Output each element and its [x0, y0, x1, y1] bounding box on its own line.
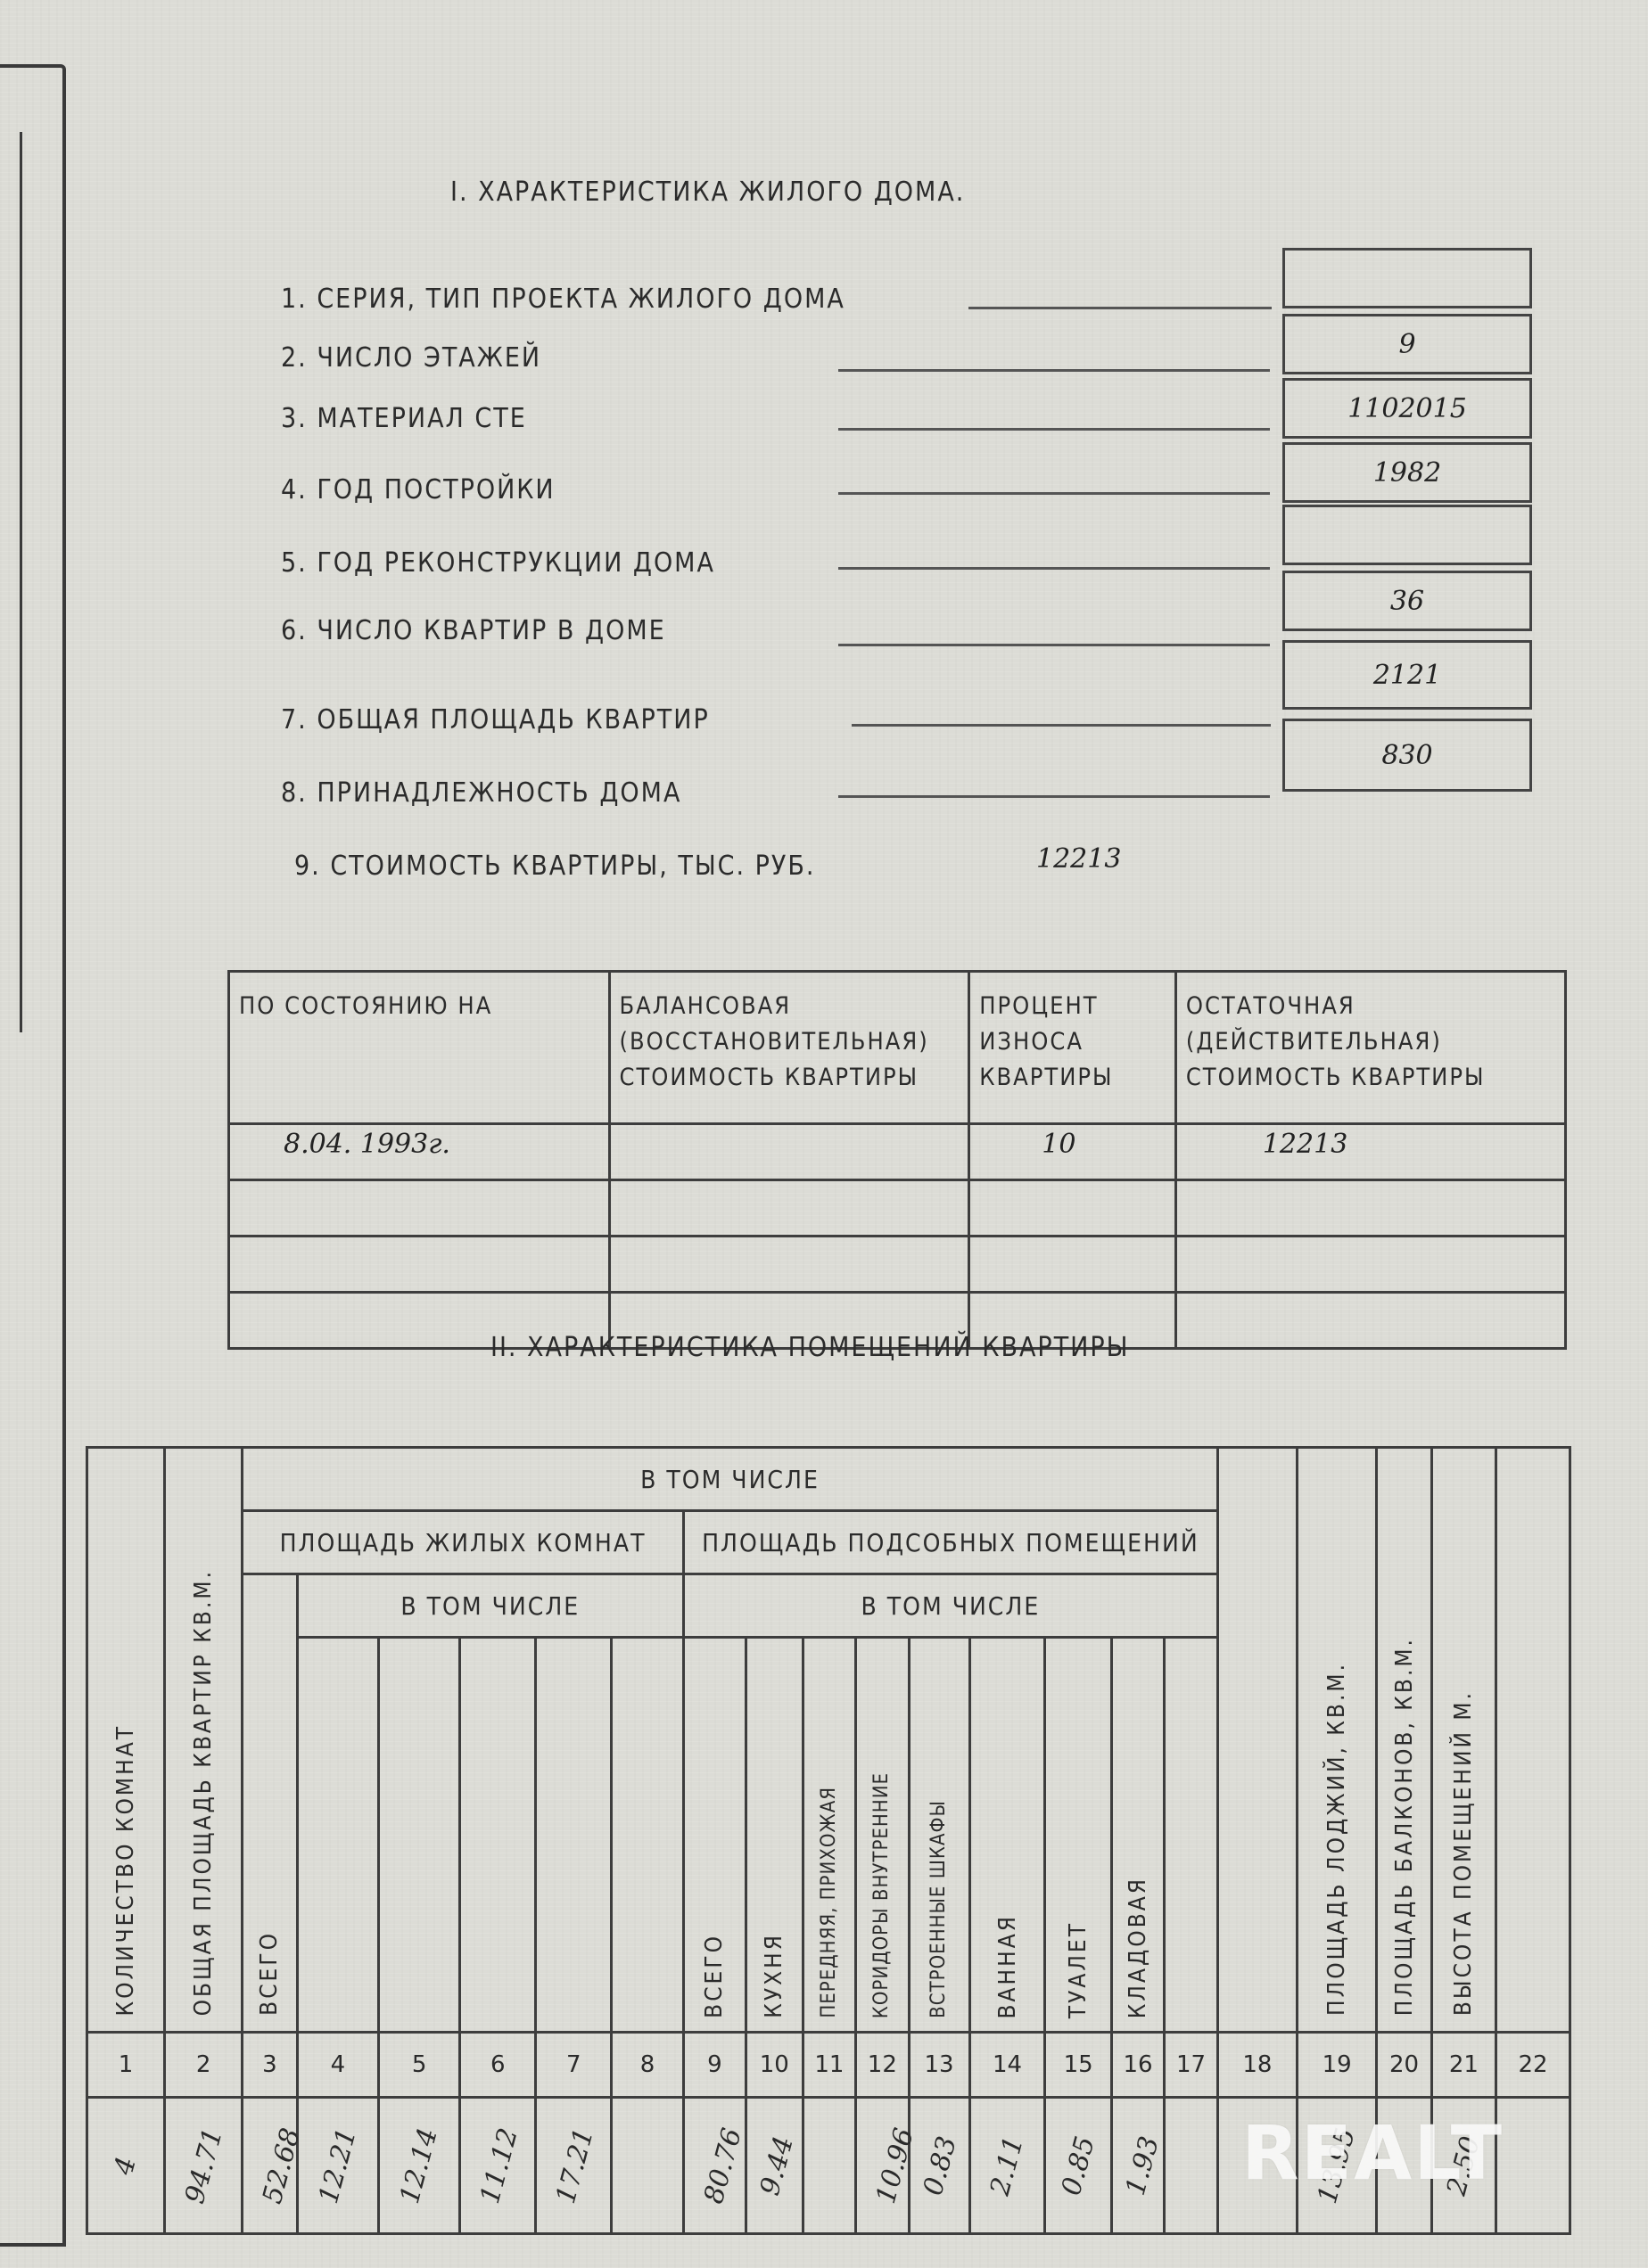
total-area-cell: 94.71: [165, 2098, 243, 2234]
col-2-header: Общая площадь квартир кв.м.: [165, 1448, 243, 2033]
apartment-cost-value: 12213: [1036, 843, 1121, 875]
empty-cell: [229, 1237, 610, 1293]
empty-cell: [969, 1180, 1176, 1237]
room-count-cell: 4: [87, 2098, 165, 2234]
room-5-cell: 12.14: [379, 2098, 460, 2234]
col-num: 3: [243, 2033, 298, 2098]
field-apartment-count: 6. Число квартир в доме: [281, 615, 666, 646]
empty-cell: [1175, 1237, 1565, 1293]
col-num: 18: [1217, 2033, 1297, 2098]
field-ownership: 8. Принадлежность дома: [281, 777, 681, 809]
col-17-cell: [1165, 2098, 1218, 2234]
empty-cell: [229, 1180, 610, 1237]
residual-cost-cell: 12213: [1175, 1124, 1565, 1180]
col-num: 20: [1377, 2033, 1432, 2098]
field-underline: [838, 492, 1270, 495]
col-10-header: Кухня: [746, 1638, 803, 2033]
aux-total-cell: 80.76: [683, 2098, 746, 2234]
bathroom-cell: 2.11: [969, 2098, 1045, 2234]
empty-cell: [1175, 1293, 1565, 1349]
value-box-build-year[interactable]: 1982: [1282, 442, 1532, 503]
group-header: В том числе: [243, 1448, 1218, 1511]
col-num: 17: [1165, 2033, 1218, 2098]
field-underline: [838, 369, 1270, 372]
field-underline: [838, 428, 1270, 431]
col-9-header: Всего: [683, 1638, 746, 2033]
col-num: 5: [379, 2033, 460, 2098]
col-num: 11: [803, 2033, 855, 2098]
margin-inner-line: [0, 132, 22, 1032]
section2-title: II. Характеристика помещений квартиры: [490, 1332, 1129, 1363]
value-box-total-area[interactable]: 2121: [1282, 640, 1532, 710]
corridors-cell: 10.96: [856, 2098, 909, 2234]
empty-cell: [609, 1180, 969, 1237]
aux-sub-header: В том числе: [683, 1574, 1217, 1638]
pantry-cell: 1.93: [1111, 2098, 1164, 2234]
col-15-header: Туалет: [1045, 1638, 1111, 2033]
value-box-reconstruction-year[interactable]: [1282, 505, 1532, 565]
value-box-series[interactable]: [1282, 248, 1532, 308]
toilet-cell: 0.85: [1045, 2098, 1111, 2234]
realt-watermark-logo: REALT: [1241, 2109, 1504, 2197]
empty-cell: [609, 1237, 969, 1293]
valuation-table: По состоянию на Балансовая (восстановите…: [227, 970, 1567, 1350]
col-num: 15: [1045, 2033, 1111, 2098]
table-row: [229, 1237, 1566, 1293]
balance-cost-cell: [609, 1124, 969, 1180]
col-num: 16: [1111, 2033, 1164, 2098]
kitchen-cell: 9.44: [746, 2098, 803, 2234]
col-12-header: Коридоры внутренние: [856, 1638, 909, 2033]
living-total-cell: 52.68: [243, 2098, 298, 2234]
empty-cell: [1175, 1180, 1565, 1237]
aux-area-header: Площадь подсобных помещений: [683, 1511, 1217, 1574]
col-num: 13: [909, 2033, 969, 2098]
header-residual-cost: Остаточная (действительная) стоимость кв…: [1175, 972, 1565, 1124]
field-build-year: 4. Год постройки: [281, 474, 556, 505]
col-20-header: Площадь балконов, кв.м.: [1377, 1448, 1432, 2033]
col-num: 2: [165, 2033, 243, 2098]
col-1-header: Количество комнат: [87, 1448, 165, 2033]
field-underline: [838, 567, 1270, 570]
col-11-header: Передняя, прихожая: [803, 1638, 855, 2033]
col-17-header: [1165, 1638, 1218, 2033]
col-3-header: Всего: [243, 1574, 298, 2033]
room-8-cell: [612, 2098, 684, 2234]
field-underline: [968, 307, 1272, 309]
col-7-header: [536, 1638, 612, 2033]
room-7-cell: 17.21: [536, 2098, 612, 2234]
col-num: 6: [460, 2033, 536, 2098]
column-number-row: 1 2 3 4 5 6 7 8 9 10 11 12 13 14 15 16 1…: [87, 2033, 1570, 2098]
value-box-floors[interactable]: 9: [1282, 314, 1532, 374]
field-total-area: 7. Общая площадь квартир: [281, 704, 710, 735]
field-apartment-cost: 9. Стоимость квартиры, тыс. руб.: [294, 850, 815, 882]
col-num: 12: [856, 2033, 909, 2098]
living-sub-header: В том числе: [297, 1574, 683, 1638]
empty-cell: [969, 1237, 1176, 1293]
header-balance-cost: Балансовая (восстановительная) стоимость…: [609, 972, 969, 1124]
col-18-header: [1217, 1448, 1297, 2033]
col-num: 21: [1431, 2033, 1496, 2098]
hallway-cell: [803, 2098, 855, 2234]
value-box-ownership[interactable]: 830: [1282, 719, 1532, 792]
field-underline: [838, 795, 1270, 798]
col-5-header: [379, 1638, 460, 2033]
value-box-wall-material[interactable]: 1102015: [1282, 378, 1532, 439]
table-row: [229, 1180, 1566, 1237]
valuation-header-row: По состоянию на Балансовая (восстановите…: [229, 972, 1566, 1124]
col-num: 10: [746, 2033, 803, 2098]
value-box-apartment-count[interactable]: 36: [1282, 571, 1532, 631]
col-num: 4: [297, 2033, 378, 2098]
col-22-cell: [1496, 2098, 1570, 2234]
closets-cell: 0.83: [909, 2098, 969, 2234]
col-19-header: Площадь лоджий, кв.м.: [1298, 1448, 1377, 2033]
col-num: 9: [683, 2033, 746, 2098]
col-22-header: [1496, 1448, 1570, 2033]
col-13-header: Встроенные шкафы: [909, 1638, 969, 2033]
field-floors: 2. Число этажей: [281, 342, 541, 374]
col-num: 14: [969, 2033, 1045, 2098]
col-num: 7: [536, 2033, 612, 2098]
section1-title: I. Характеристика жилого дома.: [450, 177, 965, 208]
room-6-cell: 11.12: [460, 2098, 536, 2234]
living-area-header: Площадь жилых комнат: [243, 1511, 684, 1574]
col-14-header: Ванная: [969, 1638, 1045, 2033]
col-6-header: [460, 1638, 536, 2033]
field-underline: [852, 724, 1271, 727]
col-num: 22: [1496, 2033, 1570, 2098]
field-underline: [838, 644, 1270, 646]
col-21-header: Высота помещений м.: [1431, 1448, 1496, 2033]
col-8-header: [612, 1638, 684, 2033]
col-num: 8: [612, 2033, 684, 2098]
field-reconstruction-year: 5. Год реконструкции дома: [281, 547, 715, 579]
room-4-cell: 12.21: [297, 2098, 378, 2234]
col-num: 19: [1298, 2033, 1377, 2098]
as-of-date: 8.04. 1993г.: [229, 1124, 610, 1180]
table-row: 8.04. 1993г. 10 12213: [229, 1124, 1566, 1180]
col-4-header: [297, 1638, 378, 2033]
col-16-header: Кладовая: [1111, 1638, 1164, 2033]
wear-percent-cell: 10: [969, 1124, 1176, 1180]
header-as-of: По состоянию на: [229, 972, 610, 1124]
col-num: 1: [87, 2033, 165, 2098]
field-wall-material: 3. Материал сте: [281, 403, 527, 434]
field-series: 1. Серия, тип проекта жилого дома: [281, 283, 845, 315]
header-wear-percent: Процент износа квартиры: [969, 972, 1176, 1124]
